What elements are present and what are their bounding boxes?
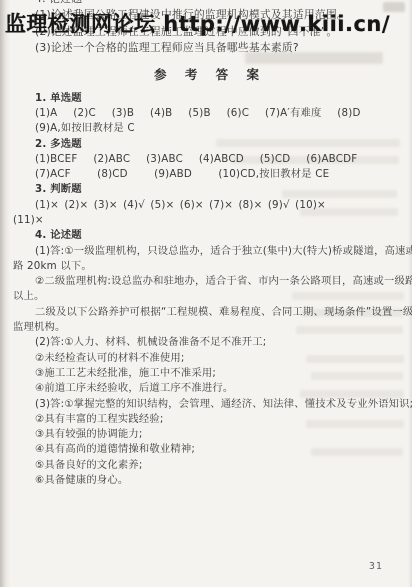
page-content: 4. 论述题 (1)论述我国公路工程建设中推行的监理机构模式及其适用范围。 (2… bbox=[0, 0, 412, 488]
reference-answers-heading: 参 考 答 案 bbox=[13, 67, 407, 83]
essay-answer-line: 二级及以下公路养护可根据“工程规模、难易程度、合同工期、现场条件”设置一级或二级 bbox=[13, 305, 407, 320]
section-title-multi-choice: 2. 多选题 bbox=[13, 137, 407, 152]
section-title-single-choice: 1. 单选题 bbox=[13, 91, 407, 106]
answer-line: (1)BCEF (2)ABC (3)ABC (4)ABCD (5)CD (6)A… bbox=[13, 152, 407, 167]
essay-answer-line: 监理机构。 bbox=[13, 320, 407, 335]
essay-answer-line: ②具有丰富的工程实践经验; bbox=[13, 412, 407, 427]
page-number: 31 bbox=[369, 561, 383, 572]
essay-answer-line: ②未经检查认可的材料不准使用; bbox=[13, 351, 407, 366]
essay-answer-line: 路 20km 以下。 bbox=[13, 259, 407, 274]
essay-answer-line: ④前道工序未经验收，后道工序不准进行。 bbox=[13, 381, 407, 396]
essay-answer-line: ⑥具备健康的身心。 bbox=[13, 473, 407, 488]
scanned-document-page: 监理检测网论坛 http://www.kiii.cn/ 4. 论述题 (1)论述… bbox=[0, 0, 412, 587]
question-section-title: 4. 论述题 bbox=[13, 0, 407, 7]
answer-line: (9)A,如按旧教材是 C bbox=[13, 121, 407, 136]
essay-answer-line: ③具有较强的协调能力; bbox=[13, 427, 407, 442]
section-title-essay: 4. 论述题 bbox=[13, 228, 407, 243]
essay-answer-line: (3)答:①掌握完整的知识结构，会管理、通经济、知法律、懂技术及专业外语知识; bbox=[13, 397, 407, 412]
answer-line: (1)× (2)× (3)× (4)√ (5)× (6)× (7)× (8)× … bbox=[13, 198, 407, 213]
essay-answer-line: ②二级监理机构:设总监办和驻地办，适合于省、市内一条公路项目，高速或一级路 20… bbox=[13, 274, 407, 289]
essay-answer-line: (1)答:①一级监理机构，只设总监办，适合于独立(集中)大(特大)桥或隧道，高速… bbox=[13, 244, 407, 259]
essay-answer-line: ⑤具备良好的文化素养; bbox=[13, 458, 407, 473]
question-line: (3)论述一个合格的监理工程师应当具备哪些基本素质? bbox=[13, 40, 407, 56]
forum-watermark: 监理检测网论坛 http://www.kiii.cn/ bbox=[5, 8, 390, 38]
answer-line: (11)× bbox=[13, 213, 407, 228]
essay-answer-line: (2)答:①人力、材料、机械设备准备不足不准开工; bbox=[13, 335, 407, 350]
section-title-judgment: 3. 判断题 bbox=[13, 182, 407, 197]
answer-line: (7)ACF (8)CD (9)ABD (10)CD,按旧教材是 CE bbox=[13, 167, 407, 182]
essay-answer-line: ④具有高尚的道德情操和敬业精神; bbox=[13, 442, 407, 457]
essay-answer-line: 以上。 bbox=[13, 289, 407, 304]
answer-line: (1)A (2)C (3)B (4)B (5)B (6)C (7)A′有难度 (… bbox=[13, 106, 407, 121]
essay-answer-line: ③施工工艺未经批准，施工中不准采用; bbox=[13, 366, 407, 381]
answers-block: 1. 单选题 (1)A (2)C (3)B (4)B (5)B (6)C (7)… bbox=[13, 91, 407, 489]
